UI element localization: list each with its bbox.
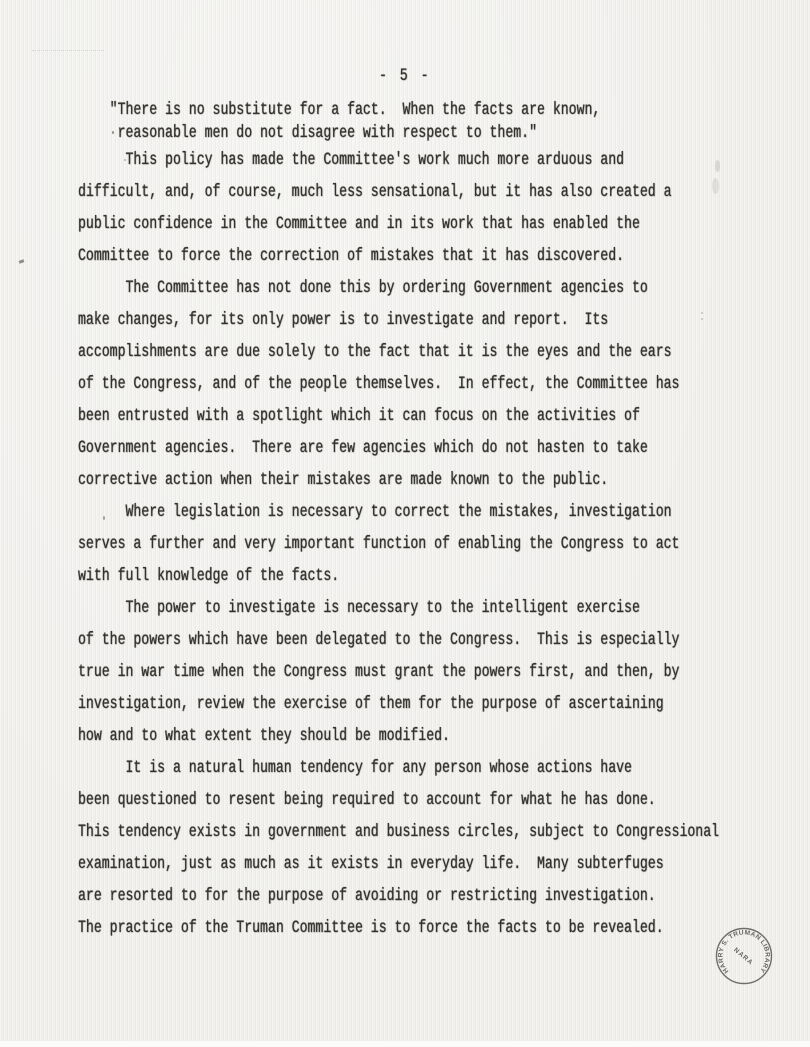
paragraph: The Committee has not done this by order… [78, 272, 778, 496]
paragraph: The power to investigate is necessary to… [78, 592, 778, 752]
paragraph: Where legislation is necessary to correc… [78, 496, 778, 592]
quote-block: "There is no substitute for a fact. When… [78, 98, 600, 144]
paragraph: This policy has made the Committee's wor… [78, 144, 778, 272]
document-page: - 5 - "There is no substitute for a fact… [0, 0, 810, 1047]
pencil-mark [32, 46, 104, 51]
paragraph: It is a natural human tendency for any p… [78, 752, 778, 944]
margin-mark [19, 259, 25, 264]
stamp-center-text: NARA [732, 947, 754, 967]
truman-library-stamp: HARRY S. TRUMAN LIBRARY NARA [707, 916, 785, 998]
text-line: The practice of the Truman Committee is … [78, 907, 778, 949]
page-number: - 5 - [0, 61, 810, 91]
body-text: This policy has made the Committee's wor… [78, 144, 778, 944]
